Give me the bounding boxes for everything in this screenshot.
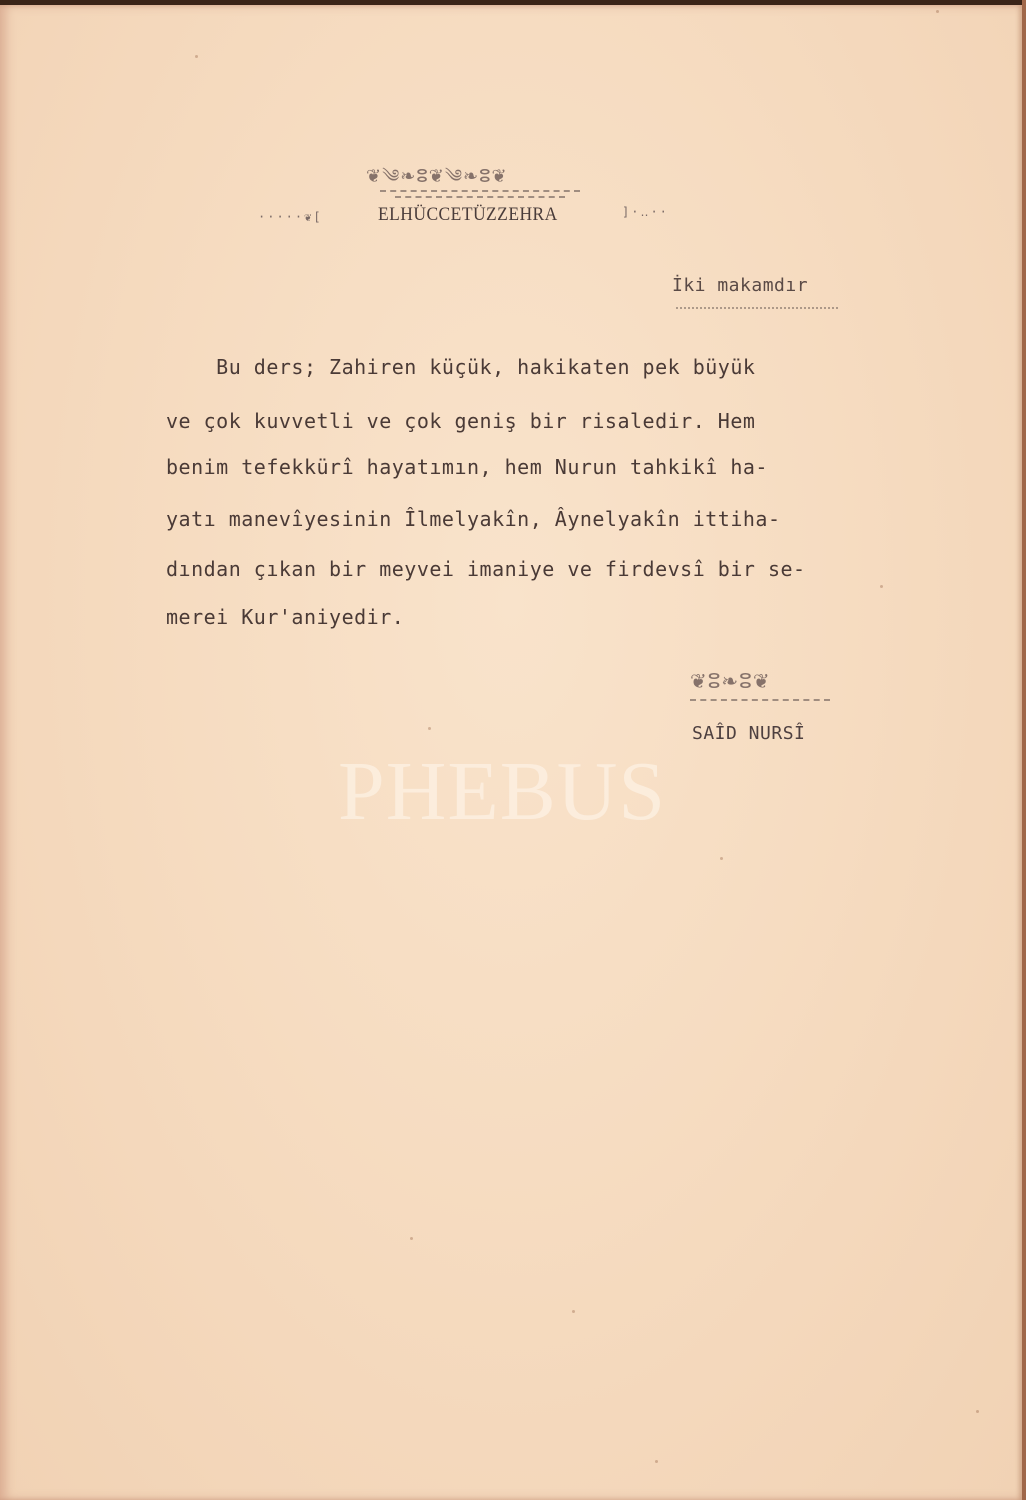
- body-line: ve çok kuvvetli ve çok geniş bir risaled…: [166, 409, 755, 433]
- stamp-left-mark: ·····❦[: [258, 210, 323, 224]
- paper-speck: [410, 1237, 413, 1240]
- paper-speck: [195, 55, 198, 58]
- watermark: PHEBUS: [338, 743, 666, 840]
- stamp-ornament-rule: [380, 190, 580, 192]
- paper-speck: [720, 857, 723, 860]
- stamp-title: ELHÜCCETÜZZEHRA: [378, 204, 558, 226]
- page-edge: [1022, 0, 1026, 1500]
- stamp-ornament-icon: ❦༄❧ⵓ❦༄❧ⵓ❦: [366, 157, 508, 207]
- signature-name: SAÎD NURSÎ: [692, 723, 805, 744]
- body-line: benim tefekkürî hayatımın, hem Nurun tah…: [166, 455, 768, 479]
- body-line: dından çıkan bir meyvei imaniye ve firde…: [166, 557, 806, 581]
- paper-speck: [572, 1310, 575, 1313]
- paper-speck: [655, 1460, 658, 1463]
- body-line: Bu ders; Zahiren küçük, hakikaten pek bü…: [166, 355, 755, 379]
- body-line: yatı manevîyesinin Îlmelyakîn, Âynelyakî…: [166, 507, 781, 531]
- signature-ornament-rule: [690, 699, 830, 701]
- signature-ornament-icon: ❦ⵓ❧ⵓ❦: [690, 669, 771, 693]
- paper-speck: [936, 10, 939, 13]
- document-page: ❦༄❧ⵓ❦༄❧ⵓ❦ ·····❦[ ELHÜCCETÜZZEHRA ]·‥·· …: [0, 5, 1022, 1500]
- paper-speck: [976, 1410, 979, 1413]
- stamp-right-mark: ]·‥··: [622, 205, 669, 219]
- body-line: merei Kur'aniyedir.: [166, 605, 404, 629]
- paper-speck: [880, 585, 883, 588]
- paper-speck: [428, 727, 431, 730]
- section-heading: İki makamdır: [672, 275, 808, 296]
- heading-underline: [676, 307, 838, 309]
- stamp-ornament-rule: [395, 196, 565, 198]
